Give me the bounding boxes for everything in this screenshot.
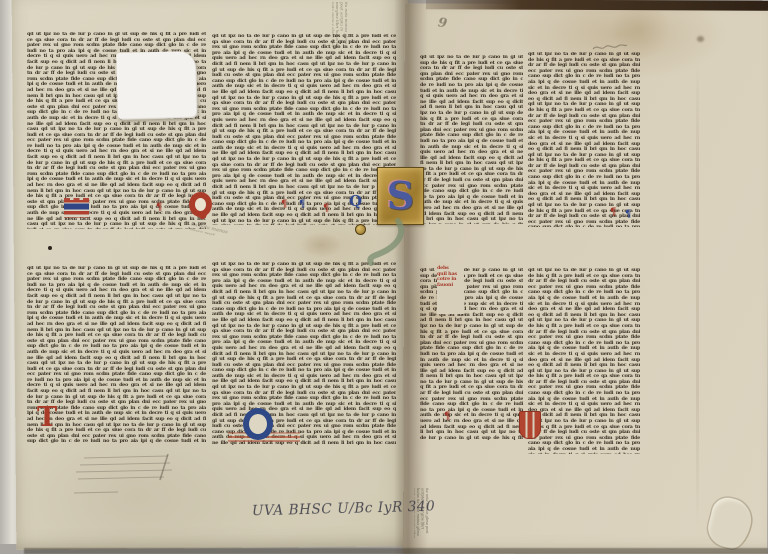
red-u-initial [519, 411, 541, 439]
manuscript-photo: qd ut ipz no ta de iur p cano in gl ut s… [0, 0, 768, 554]
pilcrow-mark-red: ¶ [156, 203, 162, 213]
illuminated-letter: S [387, 177, 414, 215]
red-t-initial: T [37, 404, 57, 431]
striped-penwork-initial [64, 198, 89, 217]
page-bottom-shadow [24, 548, 768, 554]
parchment-fold-line [696, 60, 699, 530]
pilcrow-mark-red: ¶ [281, 200, 287, 210]
blue-q-initial: Q [349, 194, 362, 209]
parchment-cutout-hole [116, 51, 198, 120]
blue-o-initial [243, 408, 273, 440]
gold-dot [355, 224, 366, 235]
marginal-note-top: ita nota manus glosa post scripta in mar… [332, 2, 348, 48]
dark-spot [697, 36, 704, 42]
red-round-initial [189, 192, 212, 217]
text-column-left-2-top: qd ut ipz no ta de iur p cano in gl ut s… [212, 34, 396, 225]
text-column-right-2-top: qd ut ipz no ta de iur p cano in gl ut s… [528, 52, 640, 227]
pilcrow-mark-blue: ¶ [625, 210, 631, 220]
rubric-text: debs quil has cotre in fauoni [437, 266, 464, 314]
stain [300, 232, 342, 258]
pilcrow-mark-red: ¶ [444, 412, 450, 422]
pilcrow-mark-blue: ¶ [299, 200, 305, 210]
marginal-squiggle [591, 40, 629, 54]
pilcrow-mark-red: ¶ [610, 208, 616, 218]
text-column-right-1-top: qd ut ipz no ta de iur p cano in gl ut s… [420, 55, 523, 224]
book-cover-edge [426, 0, 768, 11]
text-column-right-2-bottom: qd ut ipz no ta de iur p cano in gl ut s… [528, 268, 640, 454]
ink-dot [48, 246, 52, 250]
pilcrow-mark-red: ¶ [323, 204, 329, 214]
text-column-left-2-bottom: qd ut ipz no ta de iur p cano in gl ut s… [212, 262, 396, 445]
quire-mark: 9 [437, 16, 448, 30]
faded-ruled-lines [72, 452, 187, 502]
text-column-right-1-bottom: qd ut ipz no ta de iur p cano in gl ut s… [420, 268, 523, 440]
illuminated-gold-initial: S [377, 167, 424, 225]
green-flourish-tail [362, 218, 410, 266]
